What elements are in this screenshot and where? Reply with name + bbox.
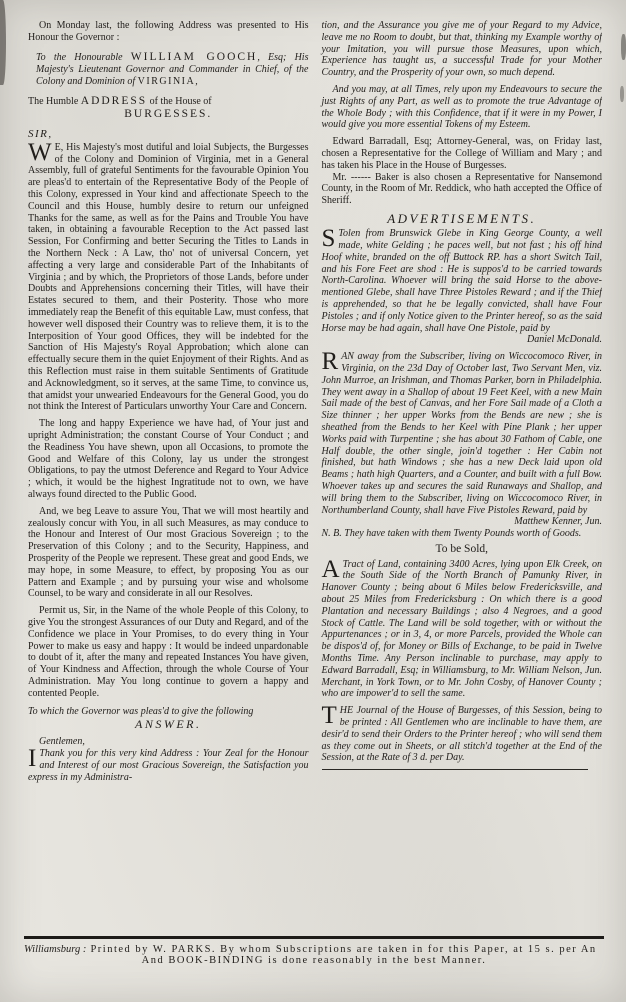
humble-pre: The Humble [28, 96, 81, 107]
news-item-baker: Mr. ------ Baker is also chosen a Repres… [322, 172, 603, 207]
gentlemen-line: Gentlemen, [28, 736, 309, 748]
address-paragraph-1: WE, His Majesty's most dutiful and loial… [28, 142, 309, 413]
ad-journal-printing-text: HE Journal of the House of Burgesses, of… [322, 705, 603, 763]
column-end-rule [322, 769, 588, 770]
news-item-barradall: Edward Barradall, Esq; Attorney-General,… [322, 136, 603, 171]
newspaper-page: On Monday last, the following Address wa… [0, 0, 626, 1002]
ink-smudge-right-edge [621, 34, 626, 60]
right-column: tion, and the Assurance you give me of y… [322, 20, 603, 932]
ad-stolen-gelding: STolen from Brunswick Glebe in King Geor… [322, 228, 603, 334]
to-be-sold-heading: To be Sold, [322, 543, 603, 557]
ad-land-sale-text: Tract of Land, containing 3400 Acres, ly… [322, 559, 603, 700]
dropcap-s: S [322, 228, 339, 249]
humble-mid: of the House of [147, 96, 211, 107]
ad-stolen-gelding-text: Tolen from Brunswick Glebe in King Georg… [322, 228, 603, 333]
imprint-text: Printed by W. PARKS. By whom Subscriptio… [86, 944, 596, 955]
dropcap-w: W [28, 142, 55, 163]
ink-smudge-left-edge [0, 0, 6, 85]
answer-heading: ANSWER. [28, 717, 309, 731]
footer-rule [24, 936, 604, 939]
ad-runaway-servants: RAN away from the Subscriber, living on … [322, 351, 603, 516]
address-paragraph-2: The long and happy Experience we have ha… [28, 418, 309, 501]
ad-runaway-servants-signature: Matthew Kenner, Jun. [322, 516, 603, 528]
imprint-line-2: And BOOK-BINDING is done reasonably in t… [24, 955, 604, 966]
dedication-paragraph: To the Honourable WILLIAM GOOCH, Esq; Hi… [28, 51, 309, 88]
left-column: On Monday last, the following Address wa… [28, 20, 309, 932]
dropcap-r: R [322, 351, 342, 372]
dedication-pre: To the Honourable [36, 52, 131, 63]
governor-name: WILLIAM GOOCH [131, 51, 258, 63]
colony-name: VIRGINIA [138, 76, 196, 87]
address-word: ADDRESS [81, 95, 147, 107]
ad-land-sale: A Tract of Land, containing 3400 Acres, … [322, 559, 603, 701]
governor-answer-text: Thank you for this very kind Address : Y… [28, 748, 309, 783]
address-paragraph-1-text: E, His Majesty's most dutiful and loial … [28, 142, 309, 413]
imprint-line-1: Williamsburg : Printed by W. PARKS. By w… [24, 944, 604, 955]
ink-smudge-right-edge-2 [620, 86, 624, 102]
dropcap-i: I [28, 748, 39, 769]
ad-runaway-nb-note: N. B. They have taken with them Twenty P… [322, 528, 603, 540]
intro-paragraph: On Monday last, the following Address wa… [28, 20, 309, 44]
humble-address-heading: The Humble ADDRESS of the House ofBURGES… [28, 95, 309, 122]
dedication-end: , [195, 76, 198, 87]
imprint-place: Williamsburg : [24, 944, 86, 955]
ad-runaway-servants-text: AN away from the Subscriber, living on W… [322, 351, 603, 515]
advertisements-heading: ADVERTISEMENTS. [322, 211, 603, 226]
dropcap-a: A [322, 559, 343, 580]
address-paragraph-4: Permit us, Sir, in the Name of the whole… [28, 605, 309, 699]
answer-intro-line: To which the Governor was pleas'd to giv… [28, 706, 309, 718]
imprint-footer: Williamsburg : Printed by W. PARKS. By w… [24, 936, 604, 966]
dropcap-t: T [322, 705, 340, 726]
governor-answer-paragraph: I Thank you for this very kind Address :… [28, 748, 309, 783]
burgesses-word: BURGESSES. [28, 108, 309, 122]
answer-continuation-paragraph: tion, and the Assurance you give me of y… [322, 20, 603, 79]
ad-stolen-gelding-signature: Daniel McDonald. [322, 334, 603, 346]
salutation: SIR, [28, 128, 309, 141]
text-columns: On Monday last, the following Address wa… [28, 20, 602, 932]
ad-journal-printing: THE Journal of the House of Burgesses, o… [322, 705, 603, 764]
answer-continuation-paragraph-2: And you may, at all Times, rely upon my … [322, 84, 603, 131]
address-paragraph-3: And, we beg Leave to assure You, That we… [28, 506, 309, 600]
